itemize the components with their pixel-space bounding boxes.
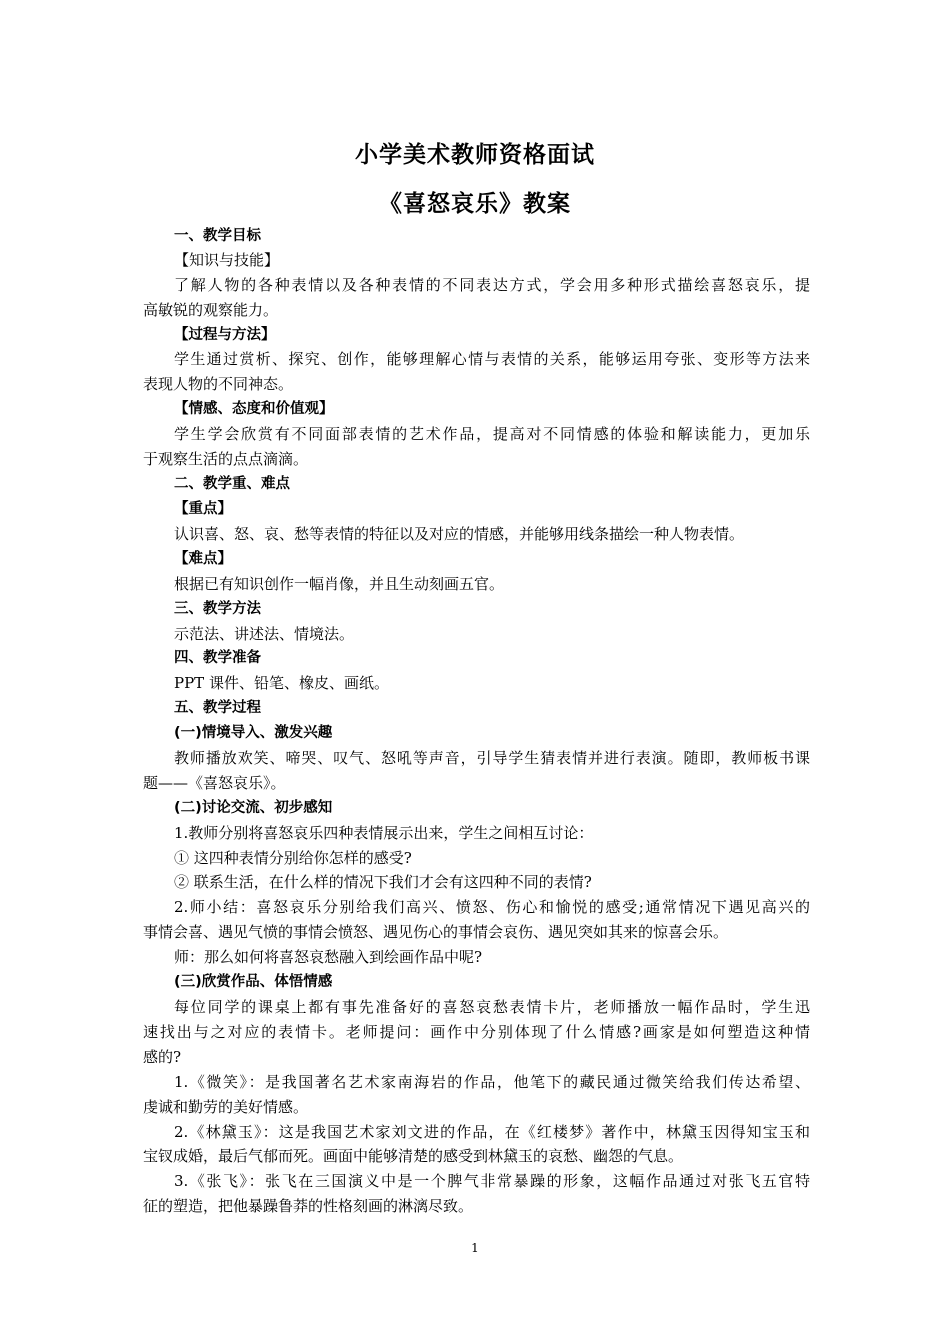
section-heading: 三、教学方法 bbox=[174, 599, 810, 619]
section-heading: (三)欣赏作品、体悟情感 bbox=[174, 972, 810, 992]
body-text-line: 了解人物的各种表情以及各种表情的不同表达方式，学会用多种形式描绘喜怒哀乐，提 bbox=[174, 275, 810, 295]
body-text-line: 每位同学的课桌上都有事先准备好的喜怒哀愁表情卡片，老师播放一幅作品时，学生迅 bbox=[174, 997, 810, 1017]
body-text-line: 【知识与技能】 bbox=[174, 250, 810, 270]
section-heading: 【情感、态度和价值观】 bbox=[174, 399, 810, 419]
section-heading: 【过程与方法】 bbox=[174, 325, 810, 345]
body-text-line: 于观察生活的点点滴滴。 bbox=[143, 449, 810, 469]
section-heading: 一、教学目标 bbox=[174, 226, 810, 246]
body-text-line: ① 这四种表情分别给你怎样的感受? bbox=[174, 848, 810, 868]
body-text-line: ② 联系生活，在什么样的情况下我们才会有这四种不同的表情? bbox=[174, 872, 810, 892]
section-heading: (二)讨论交流、初步感知 bbox=[174, 798, 810, 818]
body-text-line: 高敏锐的观察能力。 bbox=[143, 300, 810, 320]
body-text-line: 1.教师分别将喜怒哀乐四种表情展示出来，学生之间相互讨论： bbox=[174, 823, 810, 843]
section-heading: 【难点】 bbox=[174, 549, 810, 569]
body-text-line: 速找出与之对应的表情卡。老师提问：画作中分别体现了什么情感?画家是如何塑造这种情 bbox=[143, 1022, 810, 1042]
section-heading: 四、教学准备 bbox=[174, 648, 810, 668]
section-heading: 二、教学重、难点 bbox=[174, 474, 810, 494]
body-text-line: 3.《张飞》：张飞在三国演义中是一个脾气非常暴躁的形象，这幅作品通过对张飞五官特 bbox=[174, 1171, 810, 1191]
body-text-line: 根据已有知识创作一幅肖像，并且生动刻画五官。 bbox=[174, 574, 810, 594]
body-text-line: 教师播放欢笑、啼哭、叹气、怒吼等声音，引导学生猜表情并进行表演。随即，教师板书课 bbox=[174, 748, 810, 768]
body-text-line: 表现人物的不同神态。 bbox=[143, 374, 810, 394]
document-page: 小学美术教师资格面试 《喜怒哀乐》教案 一、教学目标【知识与技能】了解人物的各种… bbox=[0, 0, 950, 1344]
body-text-line: 2.《林黛玉》：这是我国艺术家刘文进的作品，在《红楼梦》著作中，林黛玉因得知宝玉… bbox=[174, 1122, 810, 1142]
body-text-line: 宝钗成婚，最后气郁而死。画面中能够清楚的感受到林黛玉的哀愁、幽怨的气息。 bbox=[143, 1146, 810, 1166]
body-text-line: 征的塑造，把他暴躁鲁莽的性格刻画的淋漓尽致。 bbox=[143, 1196, 810, 1216]
body-text-line: 学生学会欣赏有不同面部表情的艺术作品，提高对不同情感的体验和解读能力，更加乐 bbox=[174, 424, 810, 444]
section-heading: (一)情境导入、激发兴趣 bbox=[174, 723, 810, 743]
body-text-line: 感的? bbox=[143, 1047, 810, 1067]
body-text-line: 学生通过赏析、探究、创作，能够理解心情与表情的关系，能够运用夸张、变形等方法来 bbox=[174, 349, 810, 369]
body-text-line: PPT 课件、铅笔、橡皮、画纸。 bbox=[174, 673, 810, 693]
body-text-line: 认识喜、怒、哀、愁等表情的特征以及对应的情感，并能够用线条描绘一种人物表情。 bbox=[174, 524, 810, 544]
body-text-line: 示范法、讲述法、情境法。 bbox=[174, 624, 810, 644]
document-subtitle: 《喜怒哀乐》教案 bbox=[0, 185, 950, 218]
body-text-line: 题——《喜怒哀乐》。 bbox=[143, 773, 810, 793]
body-text-line: 事情会喜、遇见气愤的事情会愤怒、遇见伤心的事情会哀伤、遇见突如其来的惊喜会乐。 bbox=[143, 922, 810, 942]
body-text-line: 师：那么如何将喜怒哀愁融入到绘画作品中呢? bbox=[174, 947, 810, 967]
document-title: 小学美术教师资格面试 bbox=[0, 136, 950, 169]
page-number: 1 bbox=[0, 1241, 950, 1255]
body-text-line: 虔诚和勤劳的美好情感。 bbox=[143, 1097, 810, 1117]
body-text-line: 1.《微笑》：是我国著名艺术家南海岩的作品，他笔下的藏民通过微笑给我们传达希望、 bbox=[174, 1072, 810, 1092]
section-heading: 【重点】 bbox=[174, 499, 810, 519]
section-heading: 五、教学过程 bbox=[174, 698, 810, 718]
body-text-line: 2.师小结：喜怒哀乐分别给我们高兴、愤怒、伤心和愉悦的感受;通常情况下遇见高兴的 bbox=[174, 897, 810, 917]
